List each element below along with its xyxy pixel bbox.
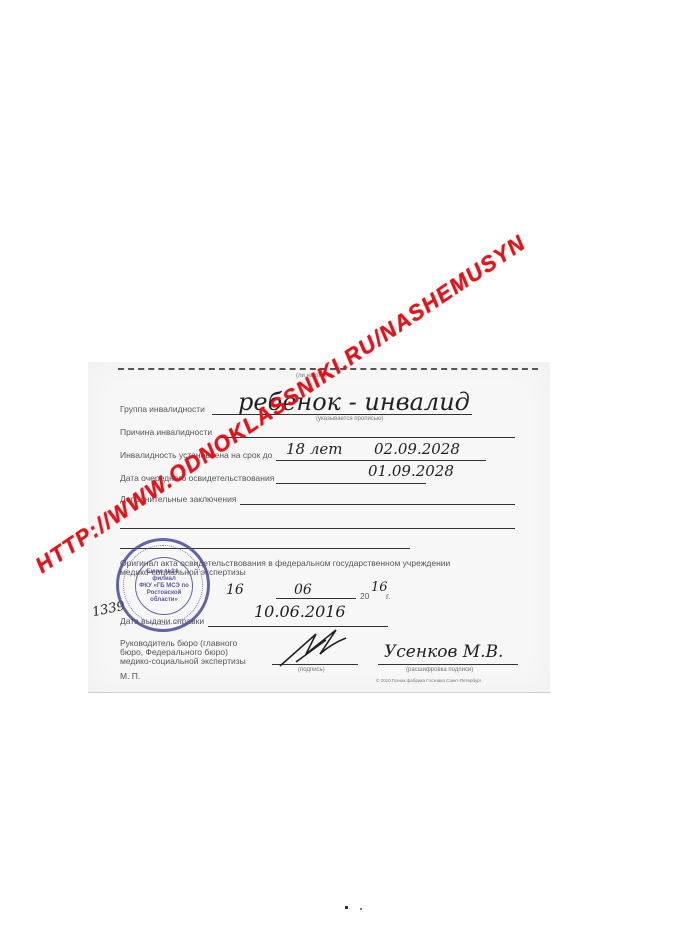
disability-cause-line (220, 437, 515, 438)
disability-group-label: Группа инвалидности (120, 404, 205, 414)
scan-speck (360, 908, 362, 910)
stamp-text: Бюро №24 - филиал ФКУ «ГБ МСЭ по Ростовс… (139, 569, 189, 604)
scan-speck (345, 906, 348, 909)
issue-month-line (276, 598, 356, 599)
issue-year-g: г. (386, 591, 390, 601)
disability-term-value: 18 лет (286, 440, 343, 458)
head-label-3: медико-социальной экспертизы (120, 656, 246, 666)
issue-day: 16 (226, 582, 244, 598)
disability-certificate: (ли на отрез) Группа инвалидности ребено… (88, 362, 550, 693)
issue-date-value: 10.06.2016 (254, 602, 346, 621)
official-stamp: Бюро №24 - филиал ФКУ «ГБ МСЭ по Ростовс… (116, 538, 210, 632)
additional-conclusions-line-2 (120, 528, 515, 529)
additional-conclusions-line (240, 504, 515, 505)
next-exam-value: 01.09.2028 (368, 462, 454, 480)
stamp-center: Бюро №24 - филиал ФКУ «ГБ МСЭ по Ростовс… (135, 557, 193, 615)
fine-print: © 2010 Гознак фабрика Госзнака Санкт-Пет… (376, 678, 481, 683)
signer-name-line (378, 664, 518, 665)
next-exam-line (276, 483, 426, 484)
disability-term-date: 02.09.2028 (374, 440, 460, 458)
issue-year-prefix: 20 (360, 591, 369, 601)
disability-group-caption: (указывается прописью) (316, 416, 383, 422)
signature-scribble (276, 624, 356, 670)
signature-decode-caption: (расшифровка подписи) (406, 667, 473, 673)
mp-label: М. П. (120, 671, 140, 681)
disability-term-line (276, 460, 486, 461)
disability-cause-label: Причина инвалидности (120, 427, 212, 437)
issue-month: 06 (294, 582, 312, 598)
signer-name: Усенков М.В. (384, 642, 503, 662)
